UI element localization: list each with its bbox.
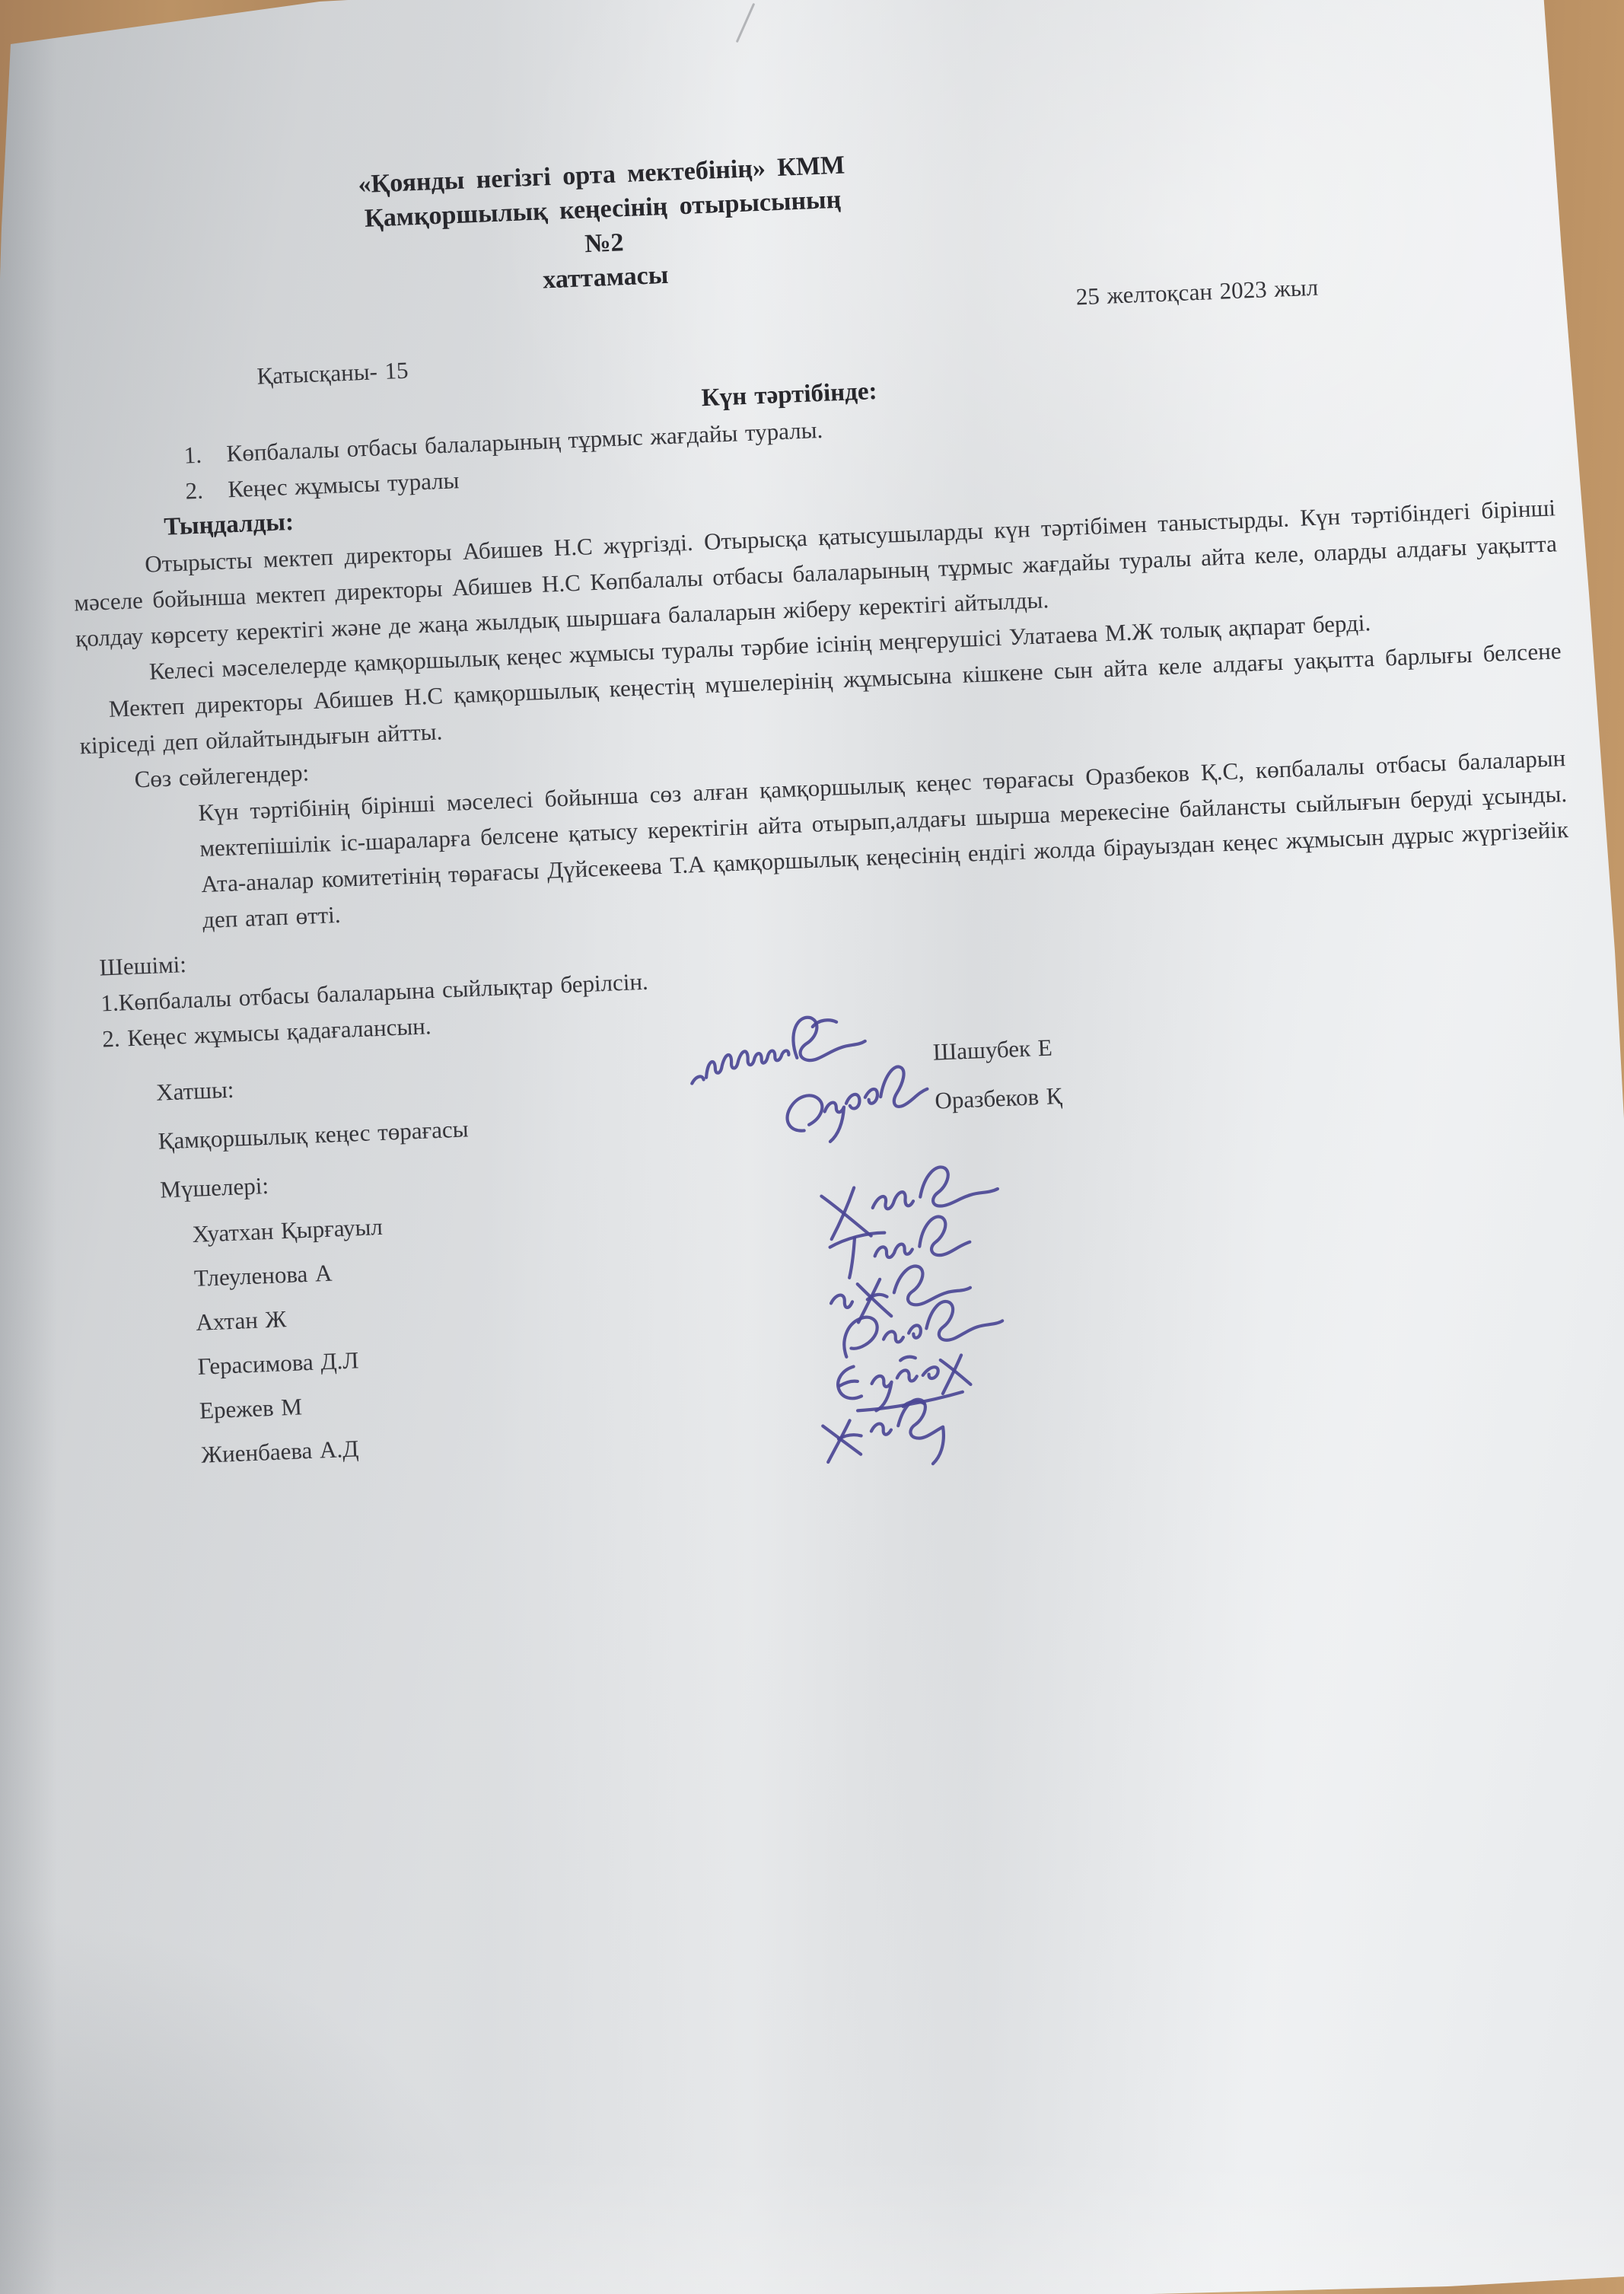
paper-crease (736, 3, 756, 43)
secretary-label: Хатшы: (156, 1076, 235, 1106)
signature-section: Хатшы: Шашубек Е Қамқоршылық кеңес төрағ… (93, 1018, 1592, 1485)
member-name-5: Ережев М (199, 1393, 302, 1423)
chairman-label: Қамқоршылық кеңес төрағасы (158, 1115, 469, 1154)
member-name-2: Тлеуленова А (193, 1260, 333, 1292)
member-name-6: Жиенбаева А.Д (201, 1435, 359, 1467)
agenda-item-1-number: 1. (183, 435, 228, 473)
members-label: Мүшелері: (160, 1172, 269, 1203)
photographed-document: { "colors": { "paper": "#e7e9eb", "wood_… (0, 0, 1624, 2294)
member-name-1: Хуатхан Қырғауыл (192, 1213, 383, 1247)
chairman-name: Оразбеков Қ (935, 1078, 1063, 1119)
secretary-name: Шашубек Е (932, 1029, 1053, 1069)
member-name-4: Герасимова Д.Л (197, 1346, 359, 1379)
member-name-3: Ахтан Ж (196, 1305, 287, 1336)
agenda-item-2-number: 2. (185, 471, 229, 508)
paper-sheet: «Қоянды негізгі орта мектебінің» КММ Қам… (0, 0, 1624, 2294)
document-content: «Қоянды негізгі орта мектебінің» КММ Қам… (57, 120, 1592, 1485)
